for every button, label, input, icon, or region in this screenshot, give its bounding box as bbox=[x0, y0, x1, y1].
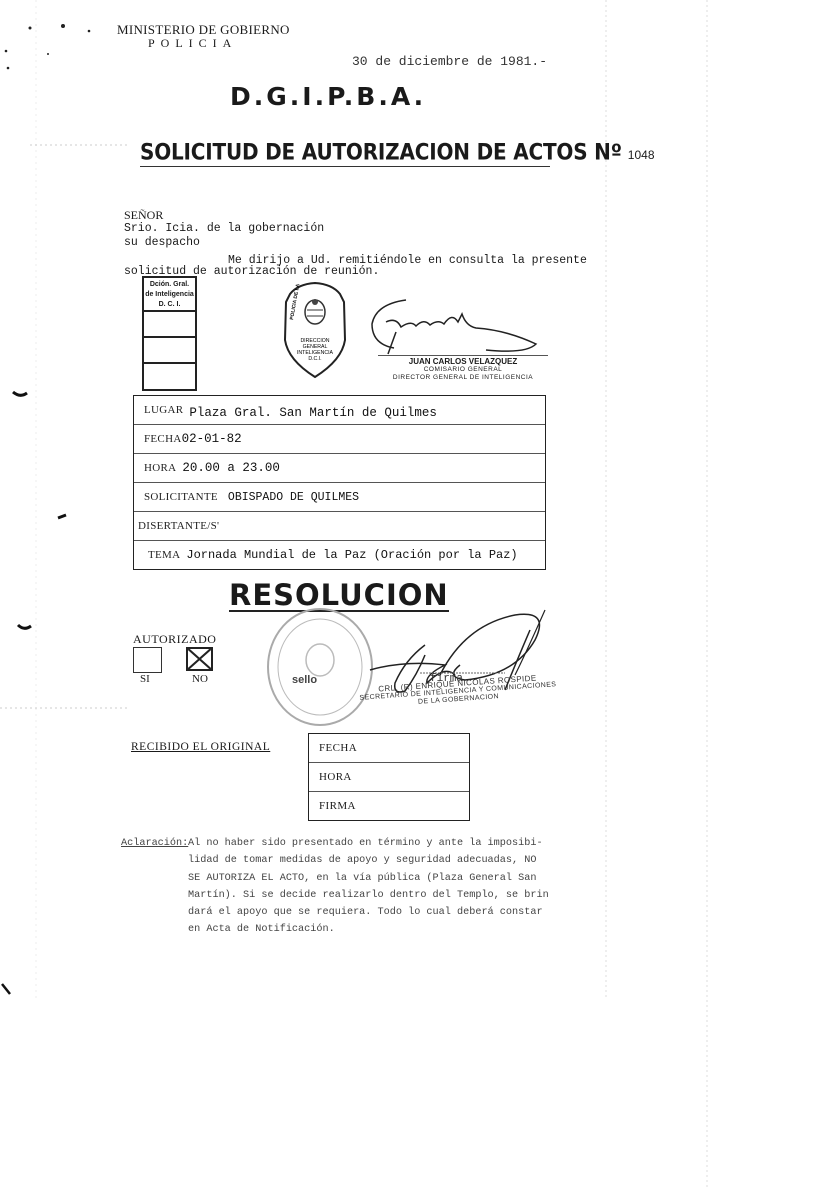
checkbox-no-checked[interactable] bbox=[186, 647, 213, 671]
form-value: 20.00 a 23.00 bbox=[182, 461, 280, 475]
dci-routing-box: Dción. Gral. de Inteligencia D. C. I. bbox=[142, 276, 197, 391]
clarification-line: Martín). Si se decide realizarlo dentro … bbox=[188, 887, 588, 904]
title-text: SOLICITUD DE AUTORIZACION DE ACTOS Nº bbox=[140, 139, 622, 165]
department-name: POLICIA bbox=[148, 36, 237, 51]
clarification-block: Aclaración: Al no haber sido presentado … bbox=[121, 835, 591, 852]
recipient-line2: su despacho bbox=[124, 236, 324, 250]
form-row-tema: TEMA Jornada Mundial de la Paz (Oración … bbox=[134, 541, 545, 569]
clarification-label: Aclaración: bbox=[121, 838, 188, 849]
clarification-body: Al no haber sido presentado en término y… bbox=[188, 835, 588, 939]
dci-box-cell bbox=[144, 364, 195, 388]
form-value: Plaza Gral. San Martín de Quilmes bbox=[189, 406, 437, 420]
receipt-row-hora: HORA bbox=[309, 763, 469, 792]
option-no-label: NO bbox=[192, 673, 208, 685]
form-row-disertantes: DISERTANTE/S' bbox=[134, 512, 545, 541]
seal-label: sello bbox=[292, 674, 317, 686]
document-title: SOLICITUD DE AUTORIZACION DE ACTOS Nº104… bbox=[140, 140, 550, 167]
form-label: SOLICITANTE bbox=[144, 491, 218, 503]
dci-header-line1: Dción. Gral. bbox=[144, 280, 195, 290]
letter-address: SEÑOR Srio. Icia. de la gobernación su d… bbox=[124, 208, 324, 250]
authorized-label: AUTORIZADO bbox=[133, 632, 216, 647]
police-shield-stamp: POLICIA DE LA DIRECCION GENERAL INTELIGE… bbox=[280, 280, 350, 380]
request-number: 1048 bbox=[628, 148, 655, 162]
clarification-line: Al no haber sido presentado en término y… bbox=[188, 835, 588, 852]
dci-header-line3: D. C. I. bbox=[144, 300, 195, 310]
shield-line4: D.C.I. bbox=[308, 356, 321, 362]
form-row-hora: HORA 20.00 a 23.00 bbox=[134, 454, 545, 483]
signatory1-role2: DIRECTOR GENERAL DE INTELIGENCIA bbox=[378, 374, 548, 382]
shield-arc-text: POLICIA DE LA bbox=[289, 283, 301, 320]
ministry-name: MINISTERIO DE GOBIERNO bbox=[117, 22, 290, 37]
form-label: DISERTANTE/S' bbox=[138, 520, 219, 532]
document-date: 30 de diciembre de 1981.- bbox=[352, 54, 547, 69]
dci-box-header: Dción. Gral. de Inteligencia D. C. I. bbox=[144, 278, 195, 312]
dci-header-line2: de Inteligencia bbox=[144, 290, 195, 300]
receipt-row-firma: FIRMA bbox=[309, 792, 469, 820]
signatory1-block: JUAN CARLOS VELAZQUEZ COMISARIO GENERAL … bbox=[378, 355, 548, 382]
form-label: TEMA bbox=[148, 549, 180, 561]
request-form-table: LUGAR Plaza Gral. San Martín de Quilmes … bbox=[133, 395, 546, 570]
form-value: Jornada Mundial de la Paz (Oración por l… bbox=[186, 548, 517, 562]
form-label: LUGAR bbox=[144, 404, 183, 416]
form-row-lugar: LUGAR Plaza Gral. San Martín de Quilmes bbox=[134, 396, 545, 425]
signature-velazquez bbox=[366, 292, 546, 362]
signatory1-role1: COMISARIO GENERAL bbox=[378, 366, 548, 374]
salutation: SEÑOR bbox=[124, 208, 324, 222]
form-value: OBISPADO DE QUILMES bbox=[228, 491, 359, 504]
recipient: Srio. Icia. de la gobernación bbox=[124, 222, 324, 236]
agency-code: D.G.I.P.B.A. bbox=[230, 82, 426, 111]
option-si-label: SI bbox=[140, 673, 150, 685]
receipt-row-fecha: FECHA bbox=[309, 734, 469, 763]
received-original-label: RECIBIDO EL ORIGINAL bbox=[131, 741, 270, 753]
seal-stamp bbox=[263, 605, 378, 730]
clarification-line: en Acta de Notificación. bbox=[188, 921, 588, 938]
clarification-line: SE AUTORIZA EL ACTO, en la vía pública (… bbox=[188, 870, 588, 887]
form-label: FECHA bbox=[144, 433, 182, 445]
receipt-table: FECHA HORA FIRMA bbox=[308, 733, 470, 821]
form-label: HORA bbox=[144, 462, 176, 474]
dci-box-cell bbox=[144, 338, 195, 364]
form-row-solicitante: SOLICITANTE OBISPADO DE QUILMES bbox=[134, 483, 545, 512]
signatory1-name: JUAN CARLOS VELAZQUEZ bbox=[378, 357, 548, 366]
dci-box-cell bbox=[144, 312, 195, 338]
form-value: 02-01-82 bbox=[182, 432, 242, 446]
checkbox-si[interactable] bbox=[133, 647, 162, 673]
clarification-line: dará el apoyo que se requiera. Todo lo c… bbox=[188, 904, 588, 921]
clarification-line: lidad de tomar medidas de apoyo y seguri… bbox=[188, 852, 588, 869]
form-row-fecha: FECHA 02-01-82 bbox=[134, 425, 545, 454]
